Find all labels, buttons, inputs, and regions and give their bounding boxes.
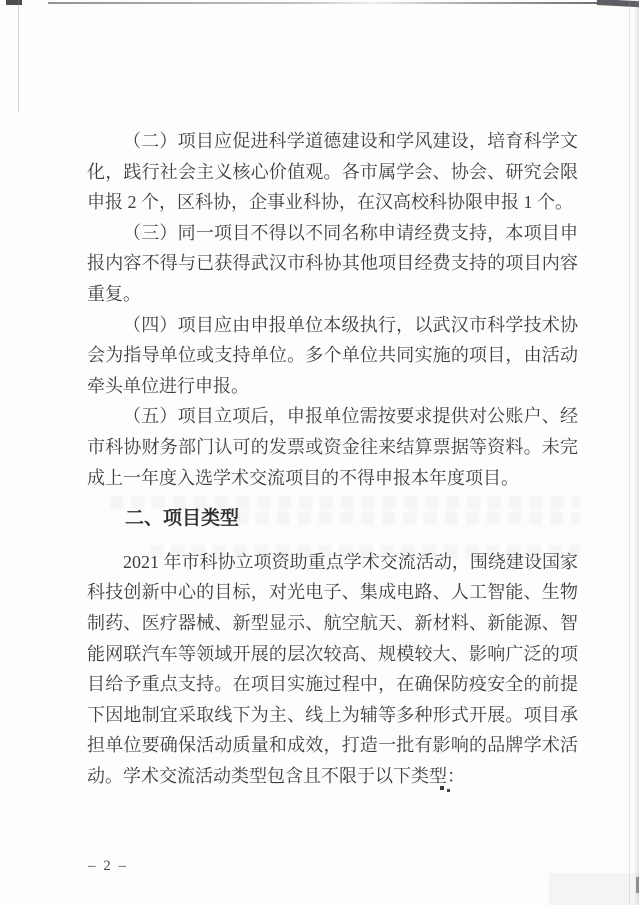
clause-paragraph-2: （二）项目应促进科学道德建设和学风建设，培育科学文化，践行社会主义核心价值观。各… [87, 126, 578, 218]
scan-bottom-right-shade [549, 873, 639, 905]
clause-paragraph-4: （四）项目应由申报单位本级执行，以武汉市科学技术协会为指导单位或支持单位。多个单… [87, 310, 578, 402]
clause-paragraph-5: （五）项目立项后，申报单位需按要求提供对公账户、经市科协财务部门认可的发票或资金… [87, 401, 578, 493]
page-number: – 2 – [88, 858, 148, 875]
scan-left-fold-line [18, 0, 19, 112]
paragraph-project-types-body: 2021 年市科协立项资助重点学术交流活动，围绕建设国家科技创新中心的目标，对光… [87, 547, 578, 792]
document-page: （二）项目应促进科学道德建设和学风建设，培育科学文化，践行社会主义核心价值观。各… [0, 0, 639, 905]
scan-top-left-mark [6, 0, 22, 5]
scan-top-edge-line [48, 2, 608, 4]
scan-right-edge-shadow [634, 0, 639, 905]
clause-paragraph-3: （三）同一项目不得以不同名称申请经费支持，本项目申报内容不得与已获得武汉市科协其… [87, 218, 578, 310]
section-heading-project-types: 二、项目类型 [87, 504, 578, 535]
document-body: （二）项目应促进科学道德建设和学风建设，培育科学文化，践行社会主义核心价值观。各… [87, 126, 578, 791]
scan-top-right-wedge [597, 0, 639, 7]
scan-right-fold-line [629, 0, 630, 905]
